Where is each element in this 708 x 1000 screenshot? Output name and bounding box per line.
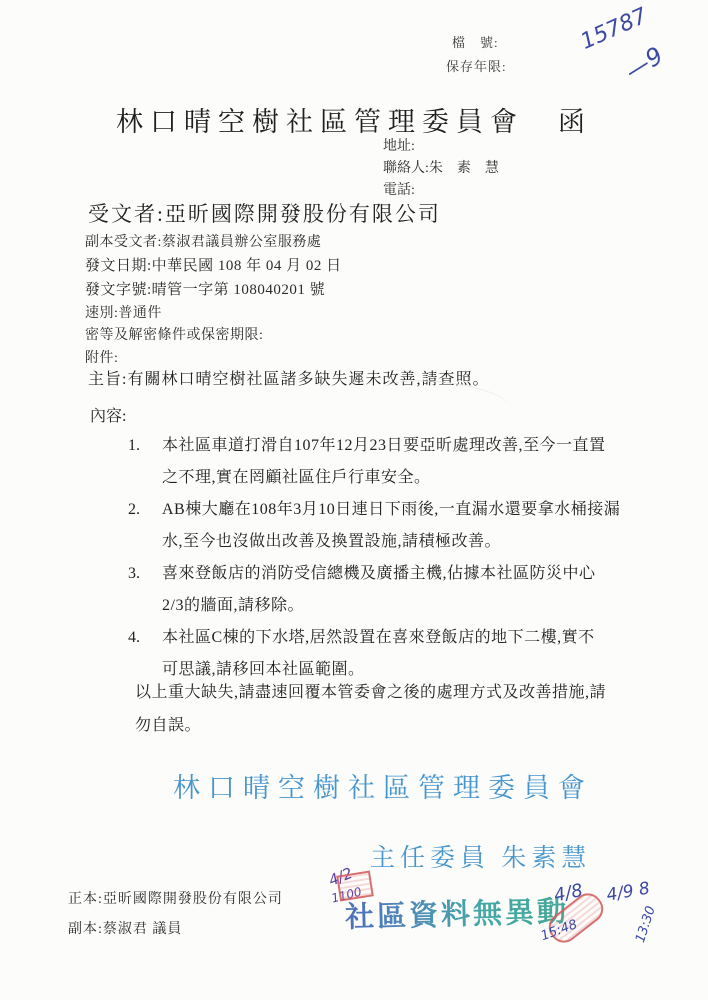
item-text: 本社區車道打滑自107年12月23日要亞昕處理改善,至今一直置 之不理,實在罔顧…	[162, 430, 606, 494]
contact-person-line: 聯絡人:朱 素 慧	[383, 158, 499, 180]
scan-crease	[378, 374, 511, 425]
list-item: 1. 本社區車道打滑自107年12月23日要亞昕處理改善,至今一直置 之不理,實…	[128, 430, 673, 494]
cc-recipient-line: 副本受文者:蔡淑君議員辦公室服務處	[85, 231, 321, 251]
handwritten-file-number: 15787	[577, 4, 651, 55]
list-item: 3. 喜來登飯店的消防受信總機及廣播主機,佔據本社區防災中心 2/3的牆面,請移…	[128, 558, 673, 622]
reference-number-line: 發文字號:晴管一字第 108040201 號	[85, 278, 325, 299]
cc-copy-line: 副本:蔡淑君 議員	[68, 918, 182, 938]
file-number-label: 檔 號:	[452, 32, 499, 51]
recipient-line: 受文者:亞昕國際開發股份有限公司	[88, 198, 441, 228]
closing-paragraph: 以上重大缺失,請盡速回覆本管委會之後的處理方式及改善措施,請 勿自誤。	[135, 676, 675, 742]
handwritten-file-number-suffix: —9	[620, 41, 668, 86]
attachment-line: 附件:	[85, 347, 118, 367]
handwritten-note3-date: 4/9 8	[605, 878, 651, 905]
issue-date-line: 發文日期:中華民國 108 年 04 月 02 日	[85, 254, 342, 275]
document-title: 林口晴空樹社區管理委員會 函	[0, 100, 708, 139]
retention-period-label: 保存年限:	[446, 56, 507, 75]
list-item: 2. AB棟大廳在108年3月10日連日下雨後,一直漏水還要拿水桶接漏 水,至今…	[128, 494, 673, 558]
content-label: 內容:	[90, 403, 126, 426]
item-text: AB棟大廳在108年3月10日連日下雨後,一直漏水還要拿水桶接漏 水,至今也沒做…	[162, 494, 620, 558]
item-number: 2.	[128, 494, 162, 526]
scanned-letter-page: 檔 號: 保存年限: 15787 —9 林口晴空樹社區管理委員會 函 地址: 聯…	[0, 0, 708, 1000]
delivery-speed-line: 速別:普通件	[85, 302, 162, 322]
signature-organization: 林口晴空樹社區管理委員會	[173, 766, 593, 805]
signature-chairperson: 主任委員 朱素慧	[370, 838, 591, 874]
no-change-stamp: 社區資料無異動	[345, 889, 570, 936]
content-list: 1. 本社區車道打滑自107年12月23日要亞昕處理改善,至今一直置 之不理,實…	[128, 430, 673, 686]
item-number: 1.	[128, 430, 162, 462]
item-number: 4.	[128, 622, 162, 654]
contact-block: 地址: 聯絡人:朱 素 慧 電話:	[383, 136, 499, 202]
security-classification-line: 密等及解密條件或保密期限:	[85, 324, 263, 344]
handwritten-note3-time: 13:30	[633, 904, 659, 944]
original-copy-line: 正本:亞昕國際開發股份有限公司	[68, 888, 283, 908]
item-number: 3.	[128, 558, 162, 590]
address-line: 地址:	[383, 136, 499, 158]
item-text: 喜來登飯店的消防受信總機及廣播主機,佔據本社區防災中心 2/3的牆面,請移除。	[162, 558, 596, 622]
